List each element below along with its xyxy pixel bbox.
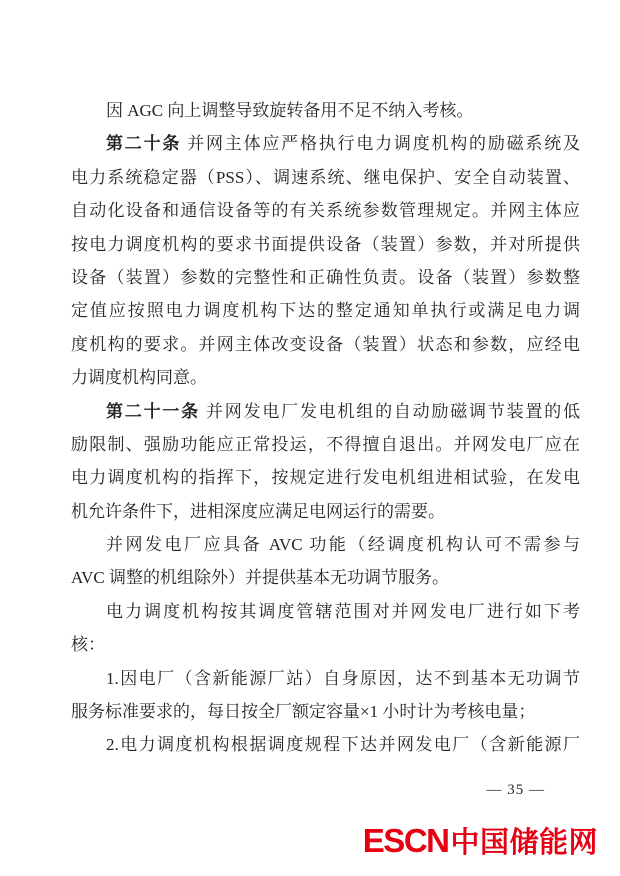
text-line: 励限制、强励功能应正常投运，不得擅自退出。并网发电厂应在 bbox=[71, 428, 580, 461]
text-line: 按电力调度机构的要求书面提供设备（装置）参数，并对所提供 bbox=[71, 228, 580, 261]
page-number: — 35 — bbox=[487, 782, 546, 799]
text-line: 第二十一条 并网发电厂发电机组的自动励磁调节装置的低 bbox=[71, 395, 580, 428]
document-page: 因 AGC 向上调整导致旋转备用不足不纳入考核。第二十条 并网主体应严格执行电力… bbox=[0, 0, 620, 876]
text-run: 度机构的要求。并网主体改变设备（装置）状态和参数，应经电 bbox=[71, 335, 580, 354]
document-body: 因 AGC 向上调整导致旋转备用不足不纳入考核。第二十条 并网主体应严格执行电力… bbox=[71, 94, 580, 762]
text-run: 服务标准要求的，每日按全厂额定容量×1 小时计为考核电量； bbox=[71, 702, 535, 721]
text-line: 服务标准要求的，每日按全厂额定容量×1 小时计为考核电量； bbox=[71, 695, 580, 728]
text-run: 机允许条件下，进相深度应满足电网运行的需要。 bbox=[71, 502, 445, 521]
escn-logo-latin: ESCN bbox=[363, 824, 449, 857]
text-line: 自动化设备和通信设备等的有关系统参数管理规定。并网主体应 bbox=[71, 194, 580, 227]
escn-logo-cjk: 中国储能网 bbox=[450, 829, 598, 858]
text-run: 设备（装置）参数的完整性和正确性负责。设备（装置）参数整 bbox=[71, 268, 580, 287]
text-line: 电力调度机构的指挥下，按规定进行发电机组进相试验，在发电 bbox=[71, 461, 580, 494]
text-run: 定值应按照电力调度机构下达的整定通知单执行或满足电力调 bbox=[71, 301, 580, 320]
text-line: 设备（装置）参数的完整性和正确性负责。设备（装置）参数整 bbox=[71, 261, 580, 294]
text-run: 2.电力调度机构根据调度规程下达并网发电厂（含新能源厂 bbox=[106, 735, 580, 754]
text-run: 1.因电厂（含新能源厂站）自身原因，达不到基本无功调节 bbox=[106, 669, 580, 688]
text-run: 力调度机构同意。 bbox=[71, 368, 207, 387]
text-line: 度机构的要求。并网主体改变设备（装置）状态和参数，应经电 bbox=[71, 328, 580, 361]
text-line: 并网发电厂应具备 AVC 功能（经调度机构认可不需参与 bbox=[71, 528, 580, 561]
text-line: 核： bbox=[71, 628, 580, 661]
text-run: 并网主体应严格执行电力调度机构的励磁系统及 bbox=[181, 134, 580, 153]
text-line: 定值应按照电力调度机构下达的整定通知单执行或满足电力调 bbox=[71, 294, 580, 327]
article-number: 第二十条 bbox=[106, 134, 181, 153]
text-run: 因 AGC 向上调整导致旋转备用不足不纳入考核。 bbox=[106, 101, 473, 120]
escn-logo: ESCN 中国储能网 bbox=[363, 824, 598, 858]
text-run: AVC 调整的机组除外）并提供基本无功调节服务。 bbox=[71, 568, 449, 587]
text-line: 机允许条件下，进相深度应满足电网运行的需要。 bbox=[71, 495, 580, 528]
text-run: 自动化设备和通信设备等的有关系统参数管理规定。并网主体应 bbox=[71, 201, 580, 220]
text-line: 电力调度机构按其调度管辖范围对并网发电厂进行如下考 bbox=[71, 595, 580, 628]
text-line: 力调度机构同意。 bbox=[71, 361, 580, 394]
text-run: 按电力调度机构的要求书面提供设备（装置）参数，并对所提供 bbox=[71, 235, 580, 254]
text-line: 1.因电厂（含新能源厂站）自身原因，达不到基本无功调节 bbox=[71, 662, 580, 695]
text-line: 因 AGC 向上调整导致旋转备用不足不纳入考核。 bbox=[71, 94, 580, 127]
text-line: 第二十条 并网主体应严格执行电力调度机构的励磁系统及 bbox=[71, 127, 580, 160]
text-line: AVC 调整的机组除外）并提供基本无功调节服务。 bbox=[71, 561, 580, 594]
text-run: 电力系统稳定器（PSS）、调速系统、继电保护、安全自动装置、 bbox=[71, 168, 580, 187]
text-run: 励限制、强励功能应正常投运，不得擅自退出。并网发电厂应在 bbox=[71, 435, 580, 454]
text-line: 电力系统稳定器（PSS）、调速系统、继电保护、安全自动装置、 bbox=[71, 161, 580, 194]
text-run: 电力调度机构的指挥下，按规定进行发电机组进相试验，在发电 bbox=[71, 468, 580, 487]
text-run: 电力调度机构按其调度管辖范围对并网发电厂进行如下考 bbox=[106, 602, 580, 621]
text-run: 核： bbox=[71, 635, 105, 654]
text-line: 2.电力调度机构根据调度规程下达并网发电厂（含新能源厂 bbox=[71, 728, 580, 761]
article-number: 第二十一条 bbox=[106, 402, 200, 421]
text-run: 并网发电厂发电机组的自动励磁调节装置的低 bbox=[200, 402, 580, 421]
text-run: 并网发电厂应具备 AVC 功能（经调度机构认可不需参与 bbox=[106, 535, 580, 554]
